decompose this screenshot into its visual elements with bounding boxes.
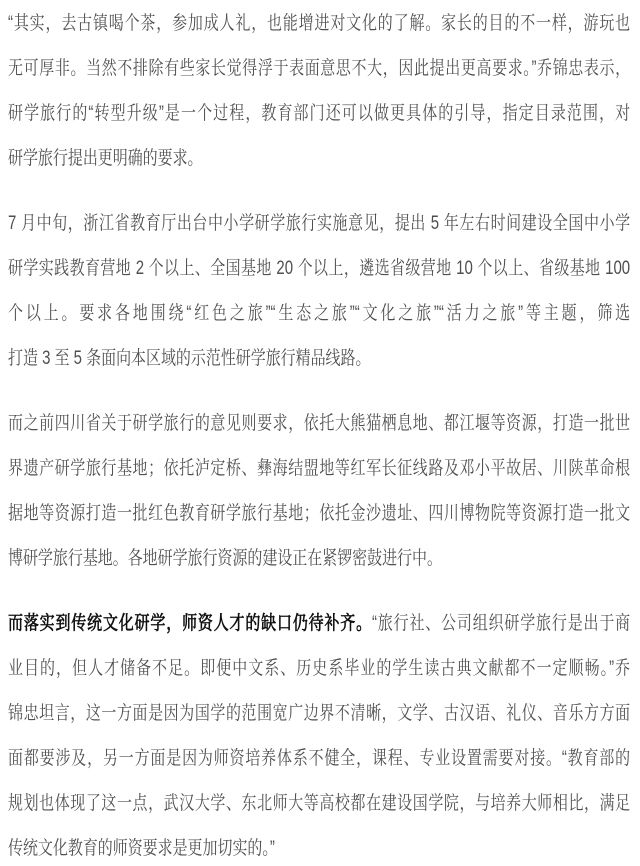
text-segment: 传统文化教育的师资要求是更加切实的。” [8, 838, 275, 859]
text-line: 研学旅行提出更明确的要求。 [8, 136, 630, 181]
text-segment: 7 月中旬，浙江省教育厅出台中小学研学旅行实施意见，提出 5 年左右时间建设全国… [8, 213, 630, 234]
text-line: 博研学旅行基地。各地研学旅行资源的建设正在紧锣密鼓进行中。 [8, 536, 630, 581]
text-segment: “其实，去古镇喝个茶，参加成人礼，也能增进对文化的了解。家长的目的不一样，游玩也 [8, 13, 630, 34]
text-segment: 而之前四川省关于研学旅行的意见则要求，依托大熊猫栖息地、都江堰等资源，打造一批世 [8, 413, 630, 434]
text-segment: 规划也体现了这一点，武汉大学、东北师大等高校都在建设国学院，与培养大师相比，满足 [8, 793, 630, 814]
text-line: 界遗产研学旅行基地；依托泸定桥、彝海结盟地等红军长征线路及邓小平故居、川陕革命根 [8, 446, 630, 491]
text-segment: 博研学旅行基地。各地研学旅行资源的建设正在紧锣密鼓进行中。 [8, 548, 442, 569]
text-line: 传统文化教育的师资要求是更加切实的。” [8, 826, 630, 866]
text-segment: 界遗产研学旅行基地；依托泸定桥、彝海结盟地等红军长征线路及邓小平故居、川陕革命根 [8, 458, 630, 479]
text-line: “其实，去古镇喝个茶，参加成人礼，也能增进对文化的了解。家长的目的不一样，游玩也 [8, 1, 630, 46]
text-segment: “旅行社、公司组织研学旅行是出于商 [372, 613, 630, 634]
text-line: 打造 3 至 5 条面向本区域的示范性研学旅行精品线路。 [8, 336, 630, 381]
text-segment: 据地等资源打造一批红色教育研学旅行基地；依托金沙遗址、四川博物院等资源打造一批文 [8, 503, 630, 524]
text-line: 个以上。要求各地围绕“红色之旅”“生态之旅”“文化之旅”“活力之旅”等主题，筛选 [8, 291, 630, 336]
text-line: 7 月中旬，浙江省教育厅出台中小学研学旅行实施意见，提出 5 年左右时间建设全国… [8, 201, 630, 246]
article-body: “其实，去古镇喝个茶，参加成人礼，也能增进对文化的了解。家长的目的不一样，游玩也… [0, 0, 640, 866]
article-paragraph: 而之前四川省关于研学旅行的意见则要求，依托大熊猫栖息地、都江堰等资源，打造一批世… [8, 401, 631, 581]
text-line: 研学实践教育营地 2 个以上、全国基地 20 个以上，遴选省级营地 10 个以上… [8, 246, 630, 291]
article-paragraph: 而落实到传统文化研学，师资人才的缺口仍待补齐。“旅行社、公司组织研学旅行是出于商… [8, 601, 631, 866]
text-segment: 研学旅行的“转型升级”是一个过程，教育部门还可以做更具体的引导，指定目录范围，对 [8, 103, 630, 124]
article-paragraph: “其实，去古镇喝个茶，参加成人礼，也能增进对文化的了解。家长的目的不一样，游玩也… [8, 1, 631, 181]
text-line: 无可厚非。当然不排除有些家长觉得浮于表面意思不大，因此提出更高要求。”乔锦忠表示… [8, 46, 630, 91]
text-segment: 面都要涉及，另一方面是因为师资培养体系不健全，课程、专业设置需要对接。“教育部的 [8, 748, 630, 769]
article-paragraph: 7 月中旬，浙江省教育厅出台中小学研学旅行实施意见，提出 5 年左右时间建设全国… [8, 201, 631, 381]
text-line: 而之前四川省关于研学旅行的意见则要求，依托大熊猫栖息地、都江堰等资源，打造一批世 [8, 401, 630, 446]
text-line: 面都要涉及，另一方面是因为师资培养体系不健全，课程、专业设置需要对接。“教育部的 [8, 736, 630, 781]
text-line: 业目的，但人才储备不足。即便中文系、历史系毕业的学生读古典文献都不一定顺畅。”乔 [8, 646, 630, 691]
text-segment: 研学旅行提出更明确的要求。 [8, 148, 203, 169]
text-line: 规划也体现了这一点，武汉大学、东北师大等高校都在建设国学院，与培养大师相比，满足 [8, 781, 630, 826]
text-segment: 研学实践教育营地 2 个以上、全国基地 20 个以上，遴选省级营地 10 个以上… [8, 258, 630, 279]
text-segment: 打造 3 至 5 条面向本区域的示范性研学旅行精品线路。 [8, 348, 370, 369]
text-line: 研学旅行的“转型升级”是一个过程，教育部门还可以做更具体的引导，指定目录范围，对 [8, 91, 630, 136]
text-segment: 个以上。要求各地围绕“红色之旅”“生态之旅”“文化之旅”“活力之旅”等主题，筛选 [8, 303, 630, 324]
text-segment: 业目的，但人才储备不足。即便中文系、历史系毕业的学生读古典文献都不一定顺畅。”乔 [8, 658, 630, 679]
bold-lead-text: 而落实到传统文化研学，师资人才的缺口仍待补齐。 [8, 613, 372, 634]
text-segment: 无可厚非。当然不排除有些家长觉得浮于表面意思不大，因此提出更高要求。”乔锦忠表示… [8, 58, 630, 79]
text-line: 据地等资源打造一批红色教育研学旅行基地；依托金沙遗址、四川博物院等资源打造一批文 [8, 491, 630, 536]
text-line: 而落实到传统文化研学，师资人才的缺口仍待补齐。“旅行社、公司组织研学旅行是出于商 [8, 601, 630, 646]
text-line: 锦忠坦言，这一方面是因为国学的范围宽广边界不清晰，文学、古汉语、礼仪、音乐方方面 [8, 691, 630, 736]
text-segment: 锦忠坦言，这一方面是因为国学的范围宽广边界不清晰，文学、古汉语、礼仪、音乐方方面 [8, 703, 630, 724]
